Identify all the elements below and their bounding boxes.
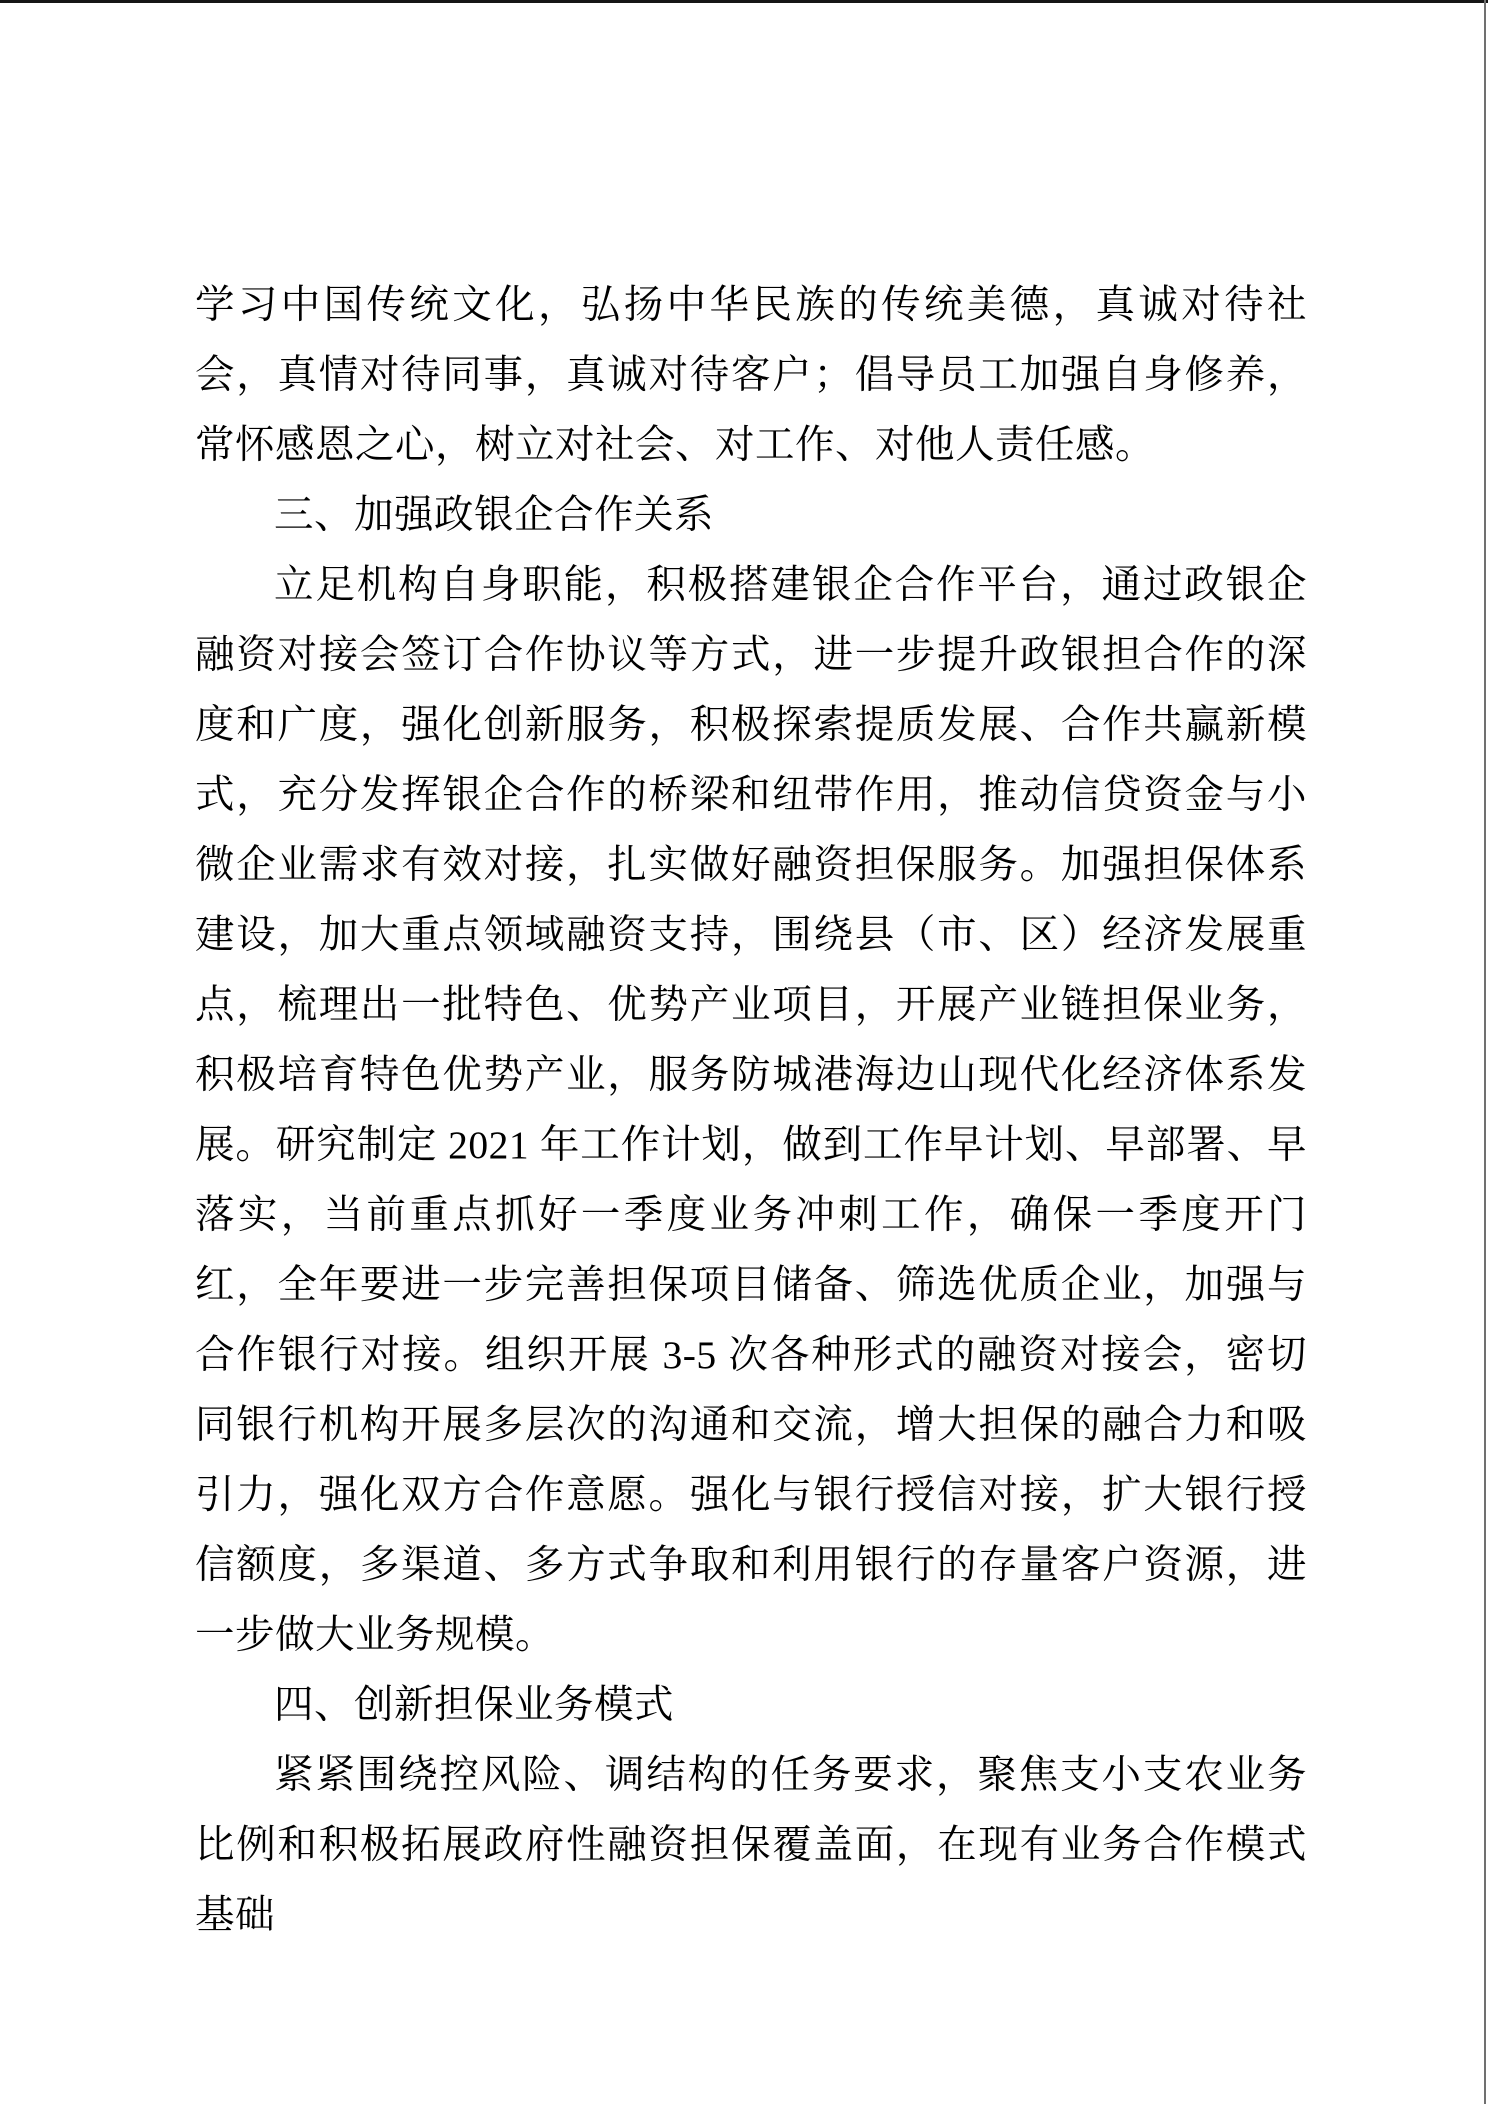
paragraph-section-three: 立足机构自身职能，积极搭建银企合作平台，通过政银企融资对接会签订合作协议等方式，… <box>195 550 1307 1670</box>
section-heading-four: 四、创新担保业务模式 <box>195 1670 1307 1740</box>
paragraph-continuation: 学习中国传统文化，弘扬中华民族的传统美德，真诚对待社会，真情对待同事，真诚对待客… <box>195 270 1307 480</box>
section-heading-three: 三、加强政银企合作关系 <box>195 480 1307 550</box>
document-page: 学习中国传统文化，弘扬中华民族的传统美德，真诚对待社会，真情对待同事，真诚对待客… <box>0 0 1488 2104</box>
document-text-body: 学习中国传统文化，弘扬中华民族的传统美德，真诚对待社会，真情对待同事，真诚对待客… <box>195 270 1307 1950</box>
page-right-edge-line <box>1484 0 1486 2104</box>
paragraph-section-four: 紧紧围绕控风险、调结构的任务要求，聚焦支小支农业务比例和积极拓展政府性融资担保覆… <box>195 1740 1307 1950</box>
page-top-edge-line <box>0 0 1488 3</box>
